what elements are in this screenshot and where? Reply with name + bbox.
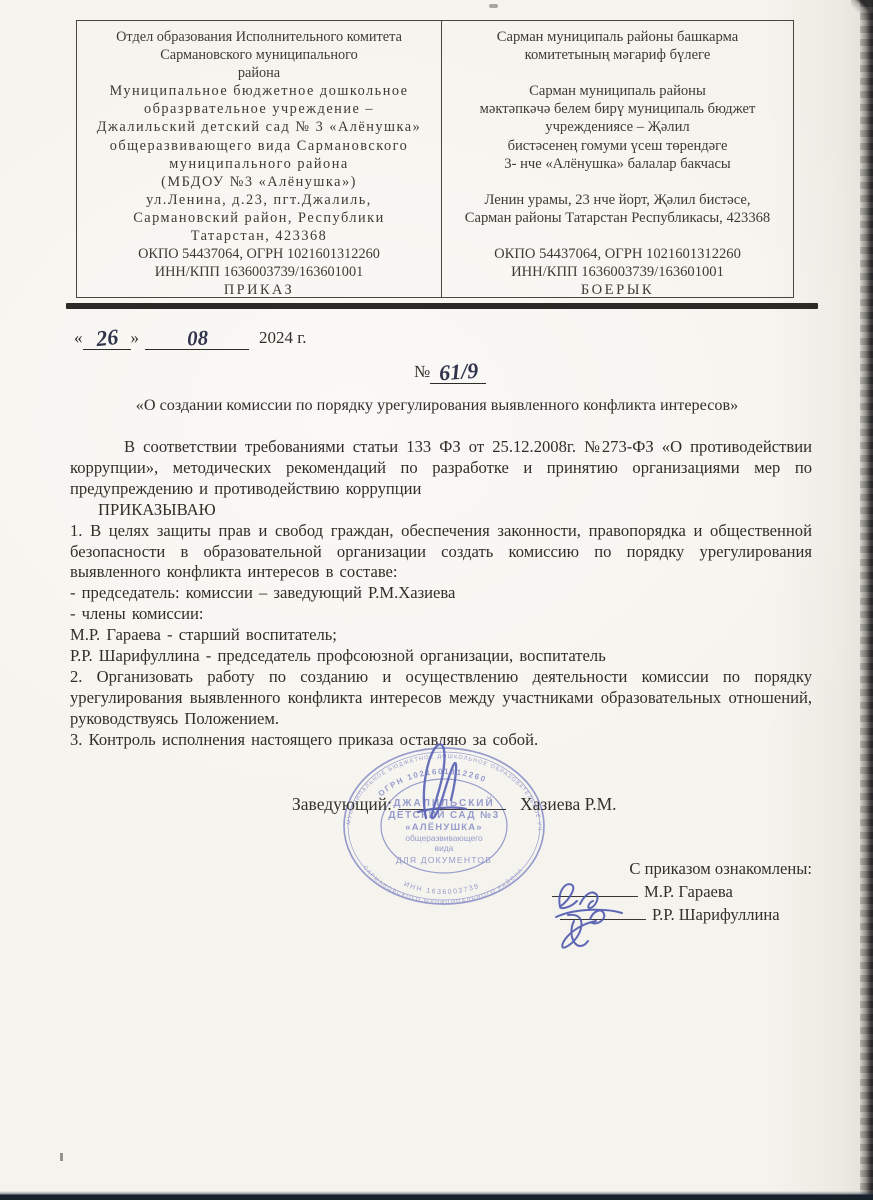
header-line: Ленин урамы, 23 нче йорт, Җәлил бистәсе, [452,191,783,209]
header-table: Отдел образования Исполнительного комите… [76,20,794,298]
day-blank: 26 [83,323,131,350]
body-paragraph: - председатель: комиссии – заведующий Р.… [70,583,812,604]
scan-speck [60,1153,63,1161]
scan-edge-shadow-bottom [0,1191,873,1200]
stamp-center-line: вида [435,843,454,853]
header-line [452,64,783,82]
signature-role-label: Заведующий: [292,794,392,814]
stamp-center-line: ДЛЯ ДОКУМЕНТОВ [396,855,492,865]
header-line: бистәсенең гомуми үсеш төрендәге [452,137,783,155]
body-paragraph: М.Р. Гараева - старший воспитатель; [70,625,812,646]
handwritten-number: 61/9 [438,358,479,387]
header-line: Сарман муниципаль районы [452,82,783,100]
acknowledgment-heading: С приказом ознакомлены: [552,859,814,879]
header-line: Сарман муниципаль районы башкарма [452,28,783,46]
year-suffix: 2024 г. [259,328,307,347]
header-line: Татарстан, 423368 [87,227,431,245]
body-paragraph: В соответствии требованиями статьи 133 Ф… [70,437,812,500]
scan-speck [489,4,498,8]
body-paragraph: Р.Р. Шарифуллина - председатель профсоюз… [70,646,812,667]
handwritten-month: 08 [186,325,208,351]
header-line: Сармановский район, Республики [87,209,431,227]
body-paragraph: 1. В целях защиты прав и свобод граждан,… [70,521,812,584]
header-line: ИНН/КПП 1636003739/163601001 [87,263,431,281]
open-quote: « [74,328,83,347]
close-quote: » [131,328,140,347]
scan-edge-shadow-right [860,0,873,1200]
header-left-cell-russian: Отдел образования Исполнительного комите… [77,21,442,297]
divider-rule [66,303,818,309]
header-line: учреждениясе – Җәлил [452,118,783,136]
header-line: Сармановского муниципального [87,46,431,64]
stamp-center-line: общеразвивающего [405,833,483,843]
handwritten-day: 26 [94,324,119,352]
document-type-label-ru: ПРИКАЗ [87,281,431,299]
document-type-label-tt: БОЕРЫК [452,281,783,299]
body-paragraph: ПРИКАЗЫВАЮ [70,500,812,521]
signature-name: Хазиева Р.М. [520,794,616,814]
stamp-inner-ring-bottom-text: ИНН 1636003739 [403,881,481,896]
director-signature-stroke-icon [396,738,488,824]
body-paragraph: 2. Организовать работу по созданию и осу… [70,667,812,730]
header-line: муниципального района [87,155,431,173]
header-line: образрвательное учреждение – [87,100,431,118]
header-line: района [87,64,431,82]
order-title: «О создании комиссии по порядку урегулир… [66,396,808,415]
number-sign: № [414,362,430,381]
order-body: В соответствии требованиями статьи 133 Ф… [70,437,812,751]
header-line: общеразвивающего вида Сармановского [87,137,431,155]
header-line: ОКПО 54437064, ОГРН 1021601312260 [87,245,431,263]
header-line: ул.Ленина, д.23, пгт.Джалиль, [87,191,431,209]
signer2-signature-stroke-icon [544,897,674,961]
header-right-cell-tatar: Сарман муниципаль районы башкарма комите… [442,21,793,297]
header-line: мәктәпкәчә белем бирү муниципаль бюджет [452,100,783,118]
header-line: Сарман районы Татарстан Республикасы, 42… [452,209,783,227]
header-line: (МБДОУ №3 «Алёнушка») [87,173,431,191]
date-line: «26»082024 г. [74,323,307,350]
header-line: Муниципальное бюджетное дошкольное [87,82,431,100]
header-line: Джалильский детский сад № 3 «Алёнушка» [87,118,431,136]
header-line [452,173,783,191]
header-line: ИНН/КПП 1636003739/163601001 [452,263,783,281]
month-blank: 08 [145,324,249,350]
body-paragraph: - члены комиссии: [70,604,812,625]
header-line [452,227,783,245]
header-line: 3- нче «Алёнушка» балалар бакчасы [452,155,783,173]
header-line: ОКПО 54437064, ОГРН 1021601312260 [452,245,783,263]
scanned-order-page: Отдел образования Исполнительного комите… [0,0,873,1200]
number-blank: 61/9 [430,357,486,384]
svg-text:ИНН 1636003739: ИНН 1636003739 [403,881,481,896]
header-line: Отдел образования Исполнительного комите… [87,28,431,46]
acknowledgment-block: С приказом ознакомлены: М.Р. Гараева Р.Р… [552,859,814,925]
order-number: №61/9 [414,357,486,384]
header-line: комитетының мәгариф бүлеге [452,46,783,64]
